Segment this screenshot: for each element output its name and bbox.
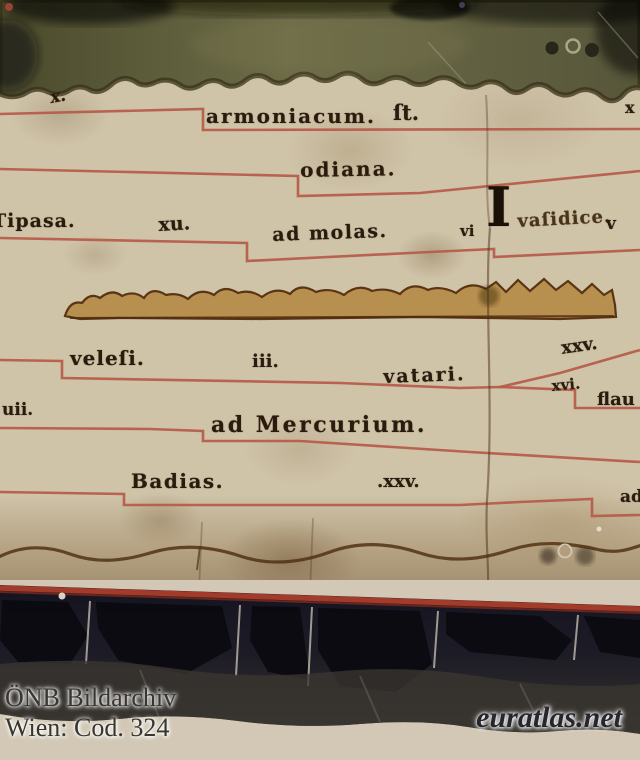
map-label-ft-mark: ſt. <box>393 102 419 123</box>
map-label-xxv-upper: xxv. <box>560 335 599 358</box>
parchment-lower-shading <box>0 495 640 590</box>
map-label-odiana: odiana. <box>300 158 397 180</box>
map-label-velesi: veleſi. <box>70 348 145 368</box>
map-label-vasidice: vaſidice. <box>517 208 612 231</box>
map-label-vatari: vatari. <box>383 365 466 387</box>
map-label-frag-right-x: x <box>625 100 635 116</box>
peutinger-map-photo: x. armoniacum. ſt. odiana. Tipasa. xu. a… <box>0 0 640 760</box>
map-label-initial-I: I <box>486 180 511 234</box>
map-label-ad-molas: ad molas. <box>272 222 388 245</box>
credit-line-1: ÖNB Bildarchiv <box>5 683 176 713</box>
map-label-xvi: xvi. <box>551 377 581 394</box>
map-label-flau: flau <box>597 391 635 409</box>
credit-line-2: Wien: Cod. 324 <box>5 713 176 743</box>
map-label-armoniacum: armoniacum. <box>206 106 376 126</box>
map-label-xxv-lower: .xxv. <box>377 473 420 491</box>
map-label-ad-mercurium: ad Mercurium. <box>211 414 427 436</box>
map-label-xii: xu. <box>158 214 191 235</box>
credit-caption: ÖNB Bildarchiv Wien: Cod. 324 <box>5 683 176 743</box>
map-label-tipasa: Tipasa. <box>0 212 76 231</box>
map-label-frag-right-a: ad <box>620 489 640 506</box>
map-label-iii: iii. <box>252 353 279 371</box>
map-label-vi: vi <box>460 224 474 239</box>
watermark-euratlas: euratlas.net <box>476 701 622 735</box>
map-label-frag-right-v: v <box>606 216 616 233</box>
map-label-badias: Badias. <box>131 471 224 491</box>
map-label-frag-top-left: x. <box>50 87 66 107</box>
map-label-uii: uii. <box>2 402 33 419</box>
